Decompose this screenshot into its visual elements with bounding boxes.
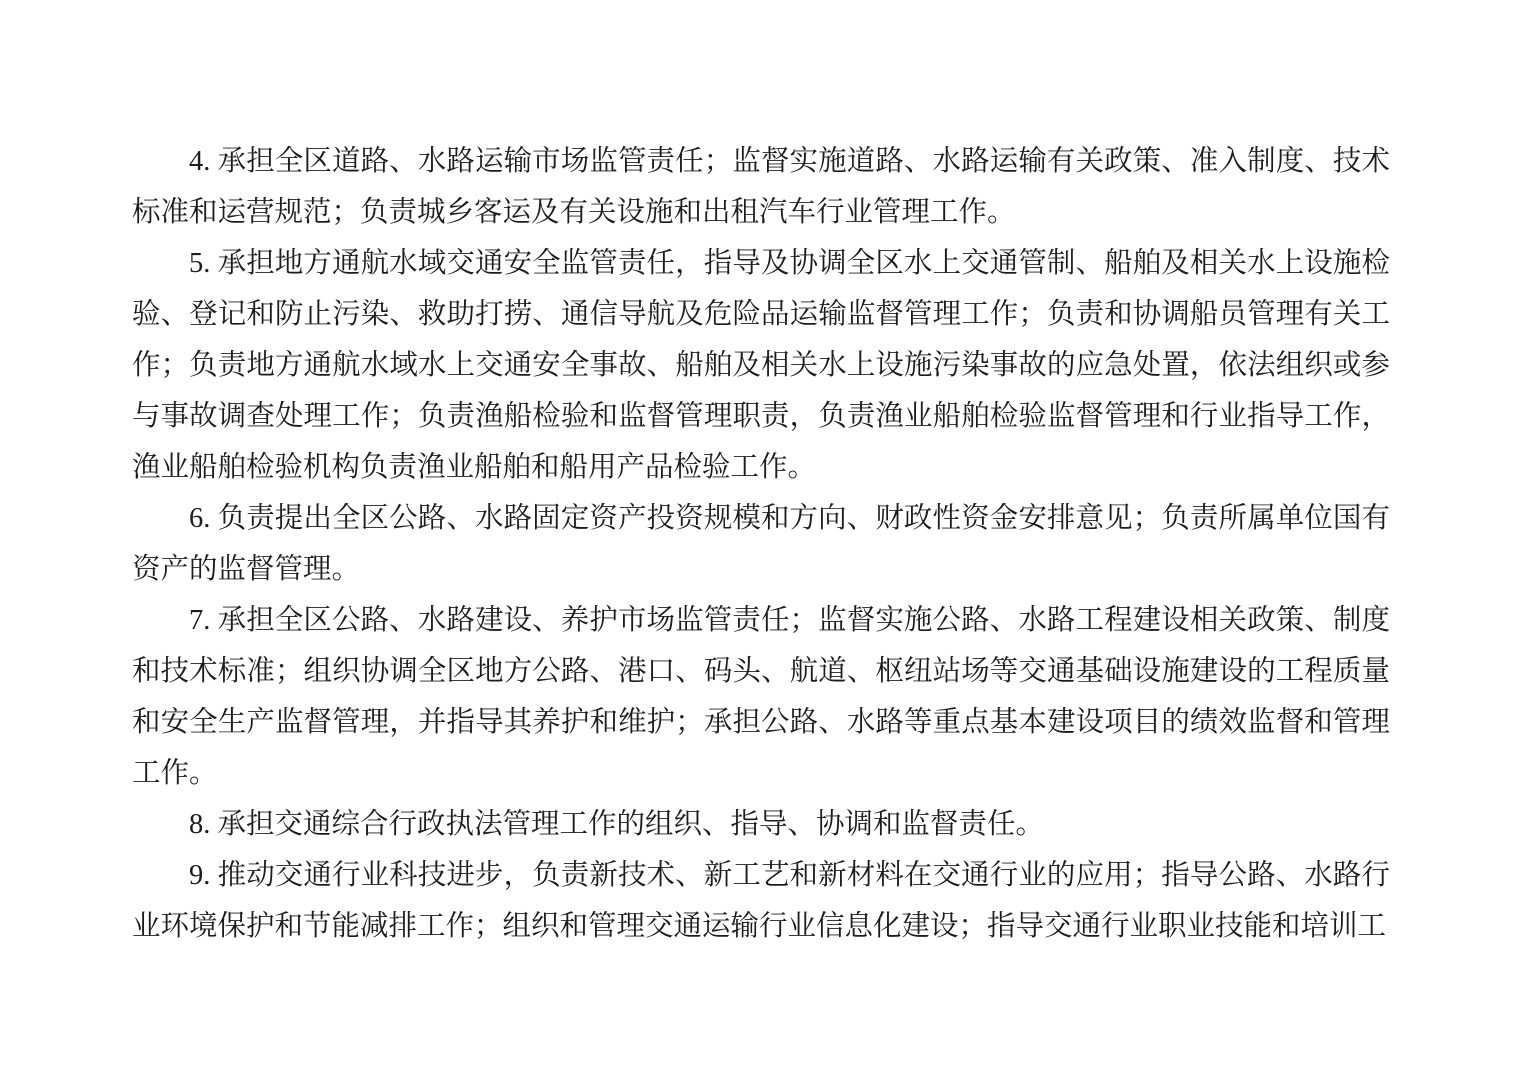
paragraph-item-7: 7. 承担全区公路、水路建设、养护市场监管责任；监督实施公路、水路工程建设相关政… (132, 595, 1390, 799)
paragraph-item-9: 9. 推动交通行业科技进步，负责新技术、新工艺和新材料在交通行业的应用；指导公路… (132, 850, 1390, 952)
document-page: 4. 承担全区道路、水路运输市场监管责任；监督实施道路、水路运输有关政策、准入制… (0, 0, 1520, 1074)
document-text-block: 4. 承担全区道路、水路运输市场监管责任；监督实施道路、水路运输有关政策、准入制… (132, 136, 1390, 952)
paragraph-item-6: 6. 负责提出全区公路、水路固定资产投资规模和方向、财政性资金安排意见；负责所属… (132, 493, 1390, 595)
paragraph-item-5: 5. 承担地方通航水域交通安全监管责任，指导及协调全区水上交通管制、船舶及相关水… (132, 238, 1390, 493)
paragraph-item-8: 8. 承担交通综合行政执法管理工作的组织、指导、协调和监督责任。 (132, 799, 1390, 850)
paragraph-item-4: 4. 承担全区道路、水路运输市场监管责任；监督实施道路、水路运输有关政策、准入制… (132, 136, 1390, 238)
